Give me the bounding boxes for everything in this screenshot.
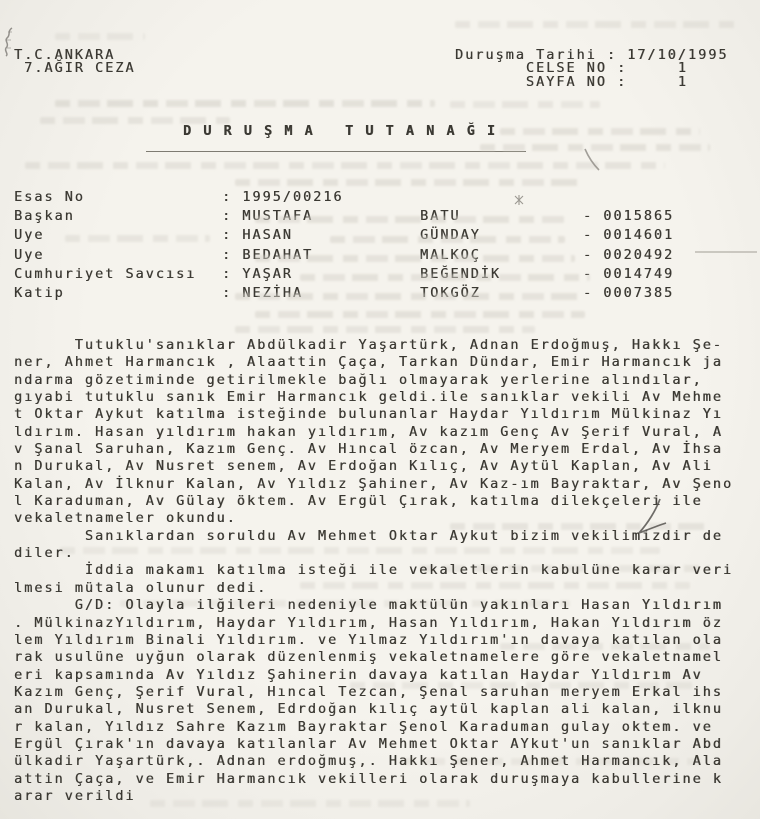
ghost-text-line: [235, 293, 580, 300]
body-line: . MülkinazYıldırım, Haydar Yıldırım, Has…: [14, 615, 733, 632]
body-line: İddia makamı katılma isteği ile vekaletl…: [14, 562, 733, 579]
official-title: Uye: [14, 247, 44, 263]
body-line: Sanıklardan soruldu Av Mehmet Oktar Ayku…: [14, 528, 733, 545]
body-line: diler.: [14, 545, 733, 562]
official-first-name: : YAŞAR: [222, 266, 293, 282]
ghost-dash-right-margin: [695, 251, 757, 253]
ghost-text-line: [255, 311, 585, 318]
ghost-text-line: [235, 326, 535, 333]
official-first-name: : HASAN: [222, 227, 293, 243]
esas-no-label: Esas No: [14, 189, 85, 205]
body-line: t Oktar Aykut katılma isteğinde bulunanl…: [14, 406, 733, 423]
pen-check-mark-icon: [633, 495, 673, 541]
body-line: ndarma gözetiminde getirilmekle bağlı ol…: [14, 372, 733, 389]
official-title: Başkan: [14, 208, 75, 224]
body-line: Kalan, Av İlknur Kalan, Av Yıldız Şahine…: [14, 476, 733, 493]
title-underline: [146, 151, 526, 152]
body-line: Tutuklu'sanıklar Abdülkadir Yaşartürk, A…: [14, 337, 733, 354]
body-line: lmesi mütala olunur dedi.: [14, 580, 733, 597]
body-line: ner, Ahmet Harmancık , Alaattin Çaça, Ta…: [14, 354, 733, 371]
pen-asterisk-icon: [513, 194, 525, 206]
ghost-text-line: [255, 255, 575, 262]
body-line: Ergül Çırak'ın davaya katılanlar Av Mehm…: [14, 736, 733, 753]
case-fields: Esas No : 1995/00216 Başkan : MUSTAFA BA…: [0, 189, 760, 304]
hearing-info-block: Duruşma Tarihi : 17/10/1995 CELSE NO : 1…: [455, 49, 728, 89]
body-line: v Şanal Saruhan, Kazım Genç. Av Hıncal ö…: [14, 441, 733, 458]
ghost-text-line: [55, 100, 435, 107]
ghost-text-line: [455, 21, 735, 28]
body-line: r kalan, Yıldız Sahre Kazım Bayraktar Şe…: [14, 719, 733, 736]
official-title: Katip: [14, 285, 65, 301]
ghost-text-line: [25, 162, 665, 169]
official-registry-no: - 0007385: [583, 285, 674, 301]
ghost-text-line: [450, 101, 600, 108]
esas-no-value: : 1995/00216: [222, 189, 344, 205]
ghost-text-line: [55, 33, 145, 40]
body-line: attin Çaça, ve Emir Harmancık vekilleri …: [14, 771, 733, 788]
ghost-text-line: [330, 236, 565, 243]
official-registry-no: - 0015865: [583, 208, 674, 224]
body-line: n Durukal, Av Nusret senem, Av Erdoğan K…: [14, 458, 733, 475]
body-line: vekaletnameler okundu.: [14, 510, 733, 527]
document-title: D U R U Ş M A T U T A N A Ğ I: [183, 123, 497, 139]
body-line: arar verildi: [14, 788, 733, 805]
official-title: Cumhuriyet Savcısı: [14, 266, 196, 282]
body-line: eri kapsamında Av Yıldız Şahinerin davay…: [14, 667, 733, 684]
ghost-text-line: [255, 216, 565, 223]
official-registry-no: - 0014601: [583, 227, 674, 243]
body-line: Kazım Genç, Şerif Vural, Hıncal Tezcan, …: [14, 684, 733, 701]
body-line: ülkadir Yaşartürk,. Adnan erdoğmuş,. Hak…: [14, 753, 733, 770]
body-line: lem Yıldırım Binali Yıldırım. ve Yılmaz …: [14, 632, 733, 649]
body-line: gıyabi tutuklu sanık Emir Harmancık geld…: [14, 389, 733, 406]
body-text: Tutuklu'sanıklar Abdülkadir Yaşartürk, A…: [14, 337, 733, 805]
official-registry-no: - 0014749: [583, 266, 674, 282]
body-line: rak usulüne uyğun olarak düzenlenmiş vek…: [14, 649, 733, 666]
court-name-line2: 7.AĞIR CEZA: [14, 60, 136, 76]
scanned-document-page: T.C.ANKARA 7.AĞIR CEZA Duruşma Tarihi : …: [0, 0, 760, 819]
ghost-text-line: [300, 274, 590, 281]
field-row-esas-no: Esas No : 1995/00216: [0, 189, 760, 208]
body-line: ldırım. Hasan yıldırım hakan yıldırım, A…: [14, 424, 733, 441]
official-registry-no: - 0020492: [583, 247, 674, 263]
ghost-text-line: [500, 128, 700, 135]
pen-check-header-icon: [581, 146, 603, 174]
body-line: G/D: Olayla ilğileri nedeniyle maktülün …: [14, 597, 733, 614]
ghost-text-line: [235, 179, 585, 186]
sayfa-no-line: SAYFA NO : 1: [455, 74, 688, 90]
pen-brace-squiggle-icon: [2, 26, 18, 58]
body-line: an Durukal, Nusret Senem, Edrdoğan kılıç…: [14, 701, 733, 718]
ghost-text-line: [65, 235, 210, 242]
body-line: l Karaduman, Av Gülay öktem. Av Ergül Çı…: [14, 493, 733, 510]
court-name-block: T.C.ANKARA 7.AĞIR CEZA: [14, 49, 136, 76]
official-title: Uye: [14, 227, 44, 243]
ghost-text-line: [40, 117, 230, 124]
